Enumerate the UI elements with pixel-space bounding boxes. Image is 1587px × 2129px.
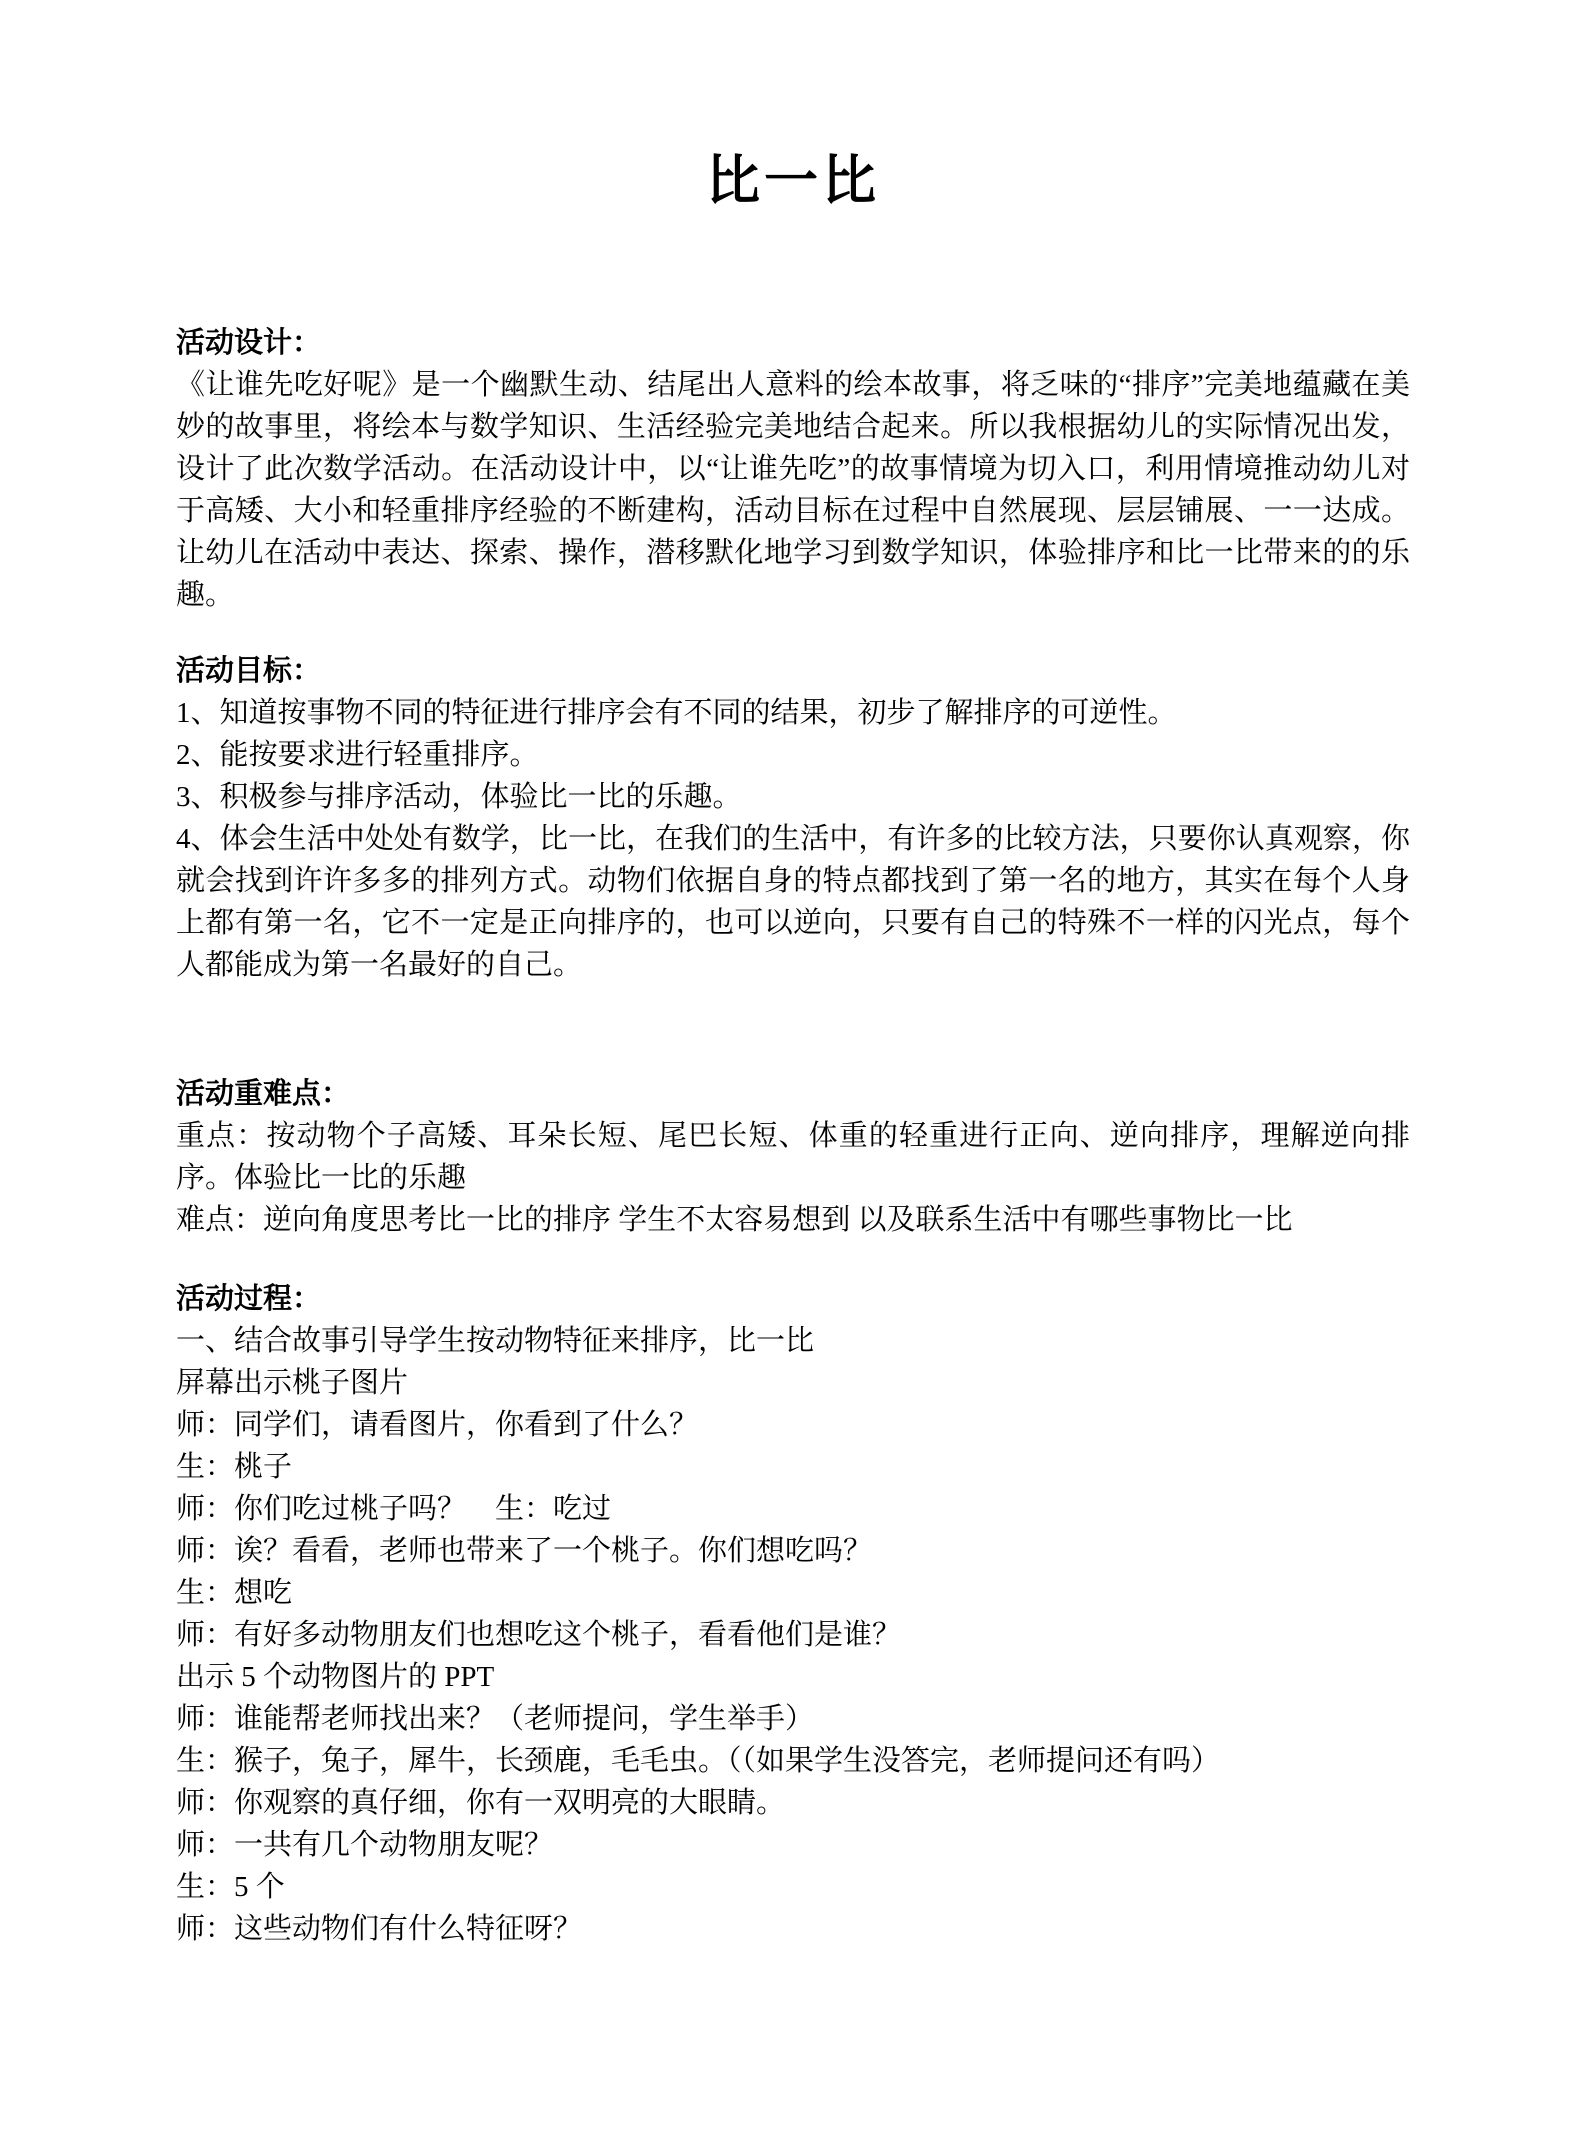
document-content: 比一比 活动设计： 《让谁先吃好呢》是一个幽默生动、结尾出人意料的绘本故事，将乏…: [0, 0, 1587, 1950]
document-page: 比一比 活动设计： 《让谁先吃好呢》是一个幽默生动、结尾出人意料的绘本故事，将乏…: [0, 0, 1587, 2129]
page-title: 比一比: [176, 0, 1410, 212]
process-note: 出示 5 个动物图片的 PPT: [176, 1656, 1410, 1698]
dialogue-line: 师：你观察的真仔细，你有一双明亮的大眼睛。: [176, 1782, 1410, 1824]
activity-design-paragraph: 《让谁先吃好呢》是一个幽默生动、结尾出人意料的绘本故事，将乏味的“排序”完美地蕴…: [176, 364, 1410, 616]
dialogue-line: 师：同学们，请看图片，你看到了什么？: [176, 1404, 1410, 1446]
dialogue-line: 师：这些动物们有什么特征呀？: [176, 1908, 1410, 1950]
process-note: 屏幕出示桃子图片: [176, 1362, 1410, 1404]
section-activity-goals: 活动目标： 1、知道按事物不同的特征进行排序会有不同的结果，初步了解排序的可逆性…: [176, 650, 1410, 986]
dialogue-line: 师：谁能帮老师找出来？（老师提问，学生举手）: [176, 1698, 1410, 1740]
goal-item-1: 1、知道按事物不同的特征进行排序会有不同的结果，初步了解排序的可逆性。: [176, 692, 1410, 734]
section-activity-design: 活动设计： 《让谁先吃好呢》是一个幽默生动、结尾出人意料的绘本故事，将乏味的“排…: [176, 322, 1410, 616]
section-heading-activity-design: 活动设计：: [176, 322, 1410, 364]
dialogue-line: 师：一共有几个动物朋友呢？: [176, 1824, 1410, 1866]
dialogue-line: 生：猴子，兔子，犀牛，长颈鹿，毛毛虫。（（如果学生没答完，老师提问还有吗）: [176, 1740, 1410, 1782]
goal-item-4: 4、体会生活中处处有数学，比一比，在我们的生活中，有许多的比较方法，只要你认真观…: [176, 818, 1410, 986]
key-point-paragraph: 重点：按动物个子高矮、耳朵长短、尾巴长短、体重的轻重进行正向、逆向排序，理解逆向…: [176, 1115, 1410, 1199]
dialogue-line: 师：你们吃过桃子吗？ 生：吃过: [176, 1488, 1410, 1530]
dialogue-line: 师：诶？看看，老师也带来了一个桃子。你们想吃吗？: [176, 1530, 1410, 1572]
section-heading-activity-goals: 活动目标：: [176, 650, 1410, 692]
dialogue-line: 师：有好多动物朋友们也想吃这个桃子，看看他们是谁？: [176, 1614, 1410, 1656]
section-heading-activity-process: 活动过程：: [176, 1278, 1410, 1320]
section-activity-process: 活动过程： 一、结合故事引导学生按动物特征来排序，比一比 屏幕出示桃子图片 师：…: [176, 1278, 1410, 1950]
dialogue-line: 生：5 个: [176, 1866, 1410, 1908]
dialogue-line: 生：桃子: [176, 1446, 1410, 1488]
difficult-point-paragraph: 难点：逆向角度思考比一比的排序 学生不太容易想到 以及联系生活中有哪些事物比一比: [176, 1199, 1410, 1241]
section-heading-key-difficult-points: 活动重难点：: [176, 1073, 1410, 1115]
dialogue-line: 生：想吃: [176, 1572, 1410, 1614]
goal-item-3: 3、积极参与排序活动，体验比一比的乐趣。: [176, 776, 1410, 818]
goal-item-2: 2、能按要求进行轻重排序。: [176, 734, 1410, 776]
process-step-title: 一、结合故事引导学生按动物特征来排序，比一比: [176, 1320, 1410, 1362]
section-key-difficult-points: 活动重难点： 重点：按动物个子高矮、耳朵长短、尾巴长短、体重的轻重进行正向、逆向…: [176, 1073, 1410, 1241]
